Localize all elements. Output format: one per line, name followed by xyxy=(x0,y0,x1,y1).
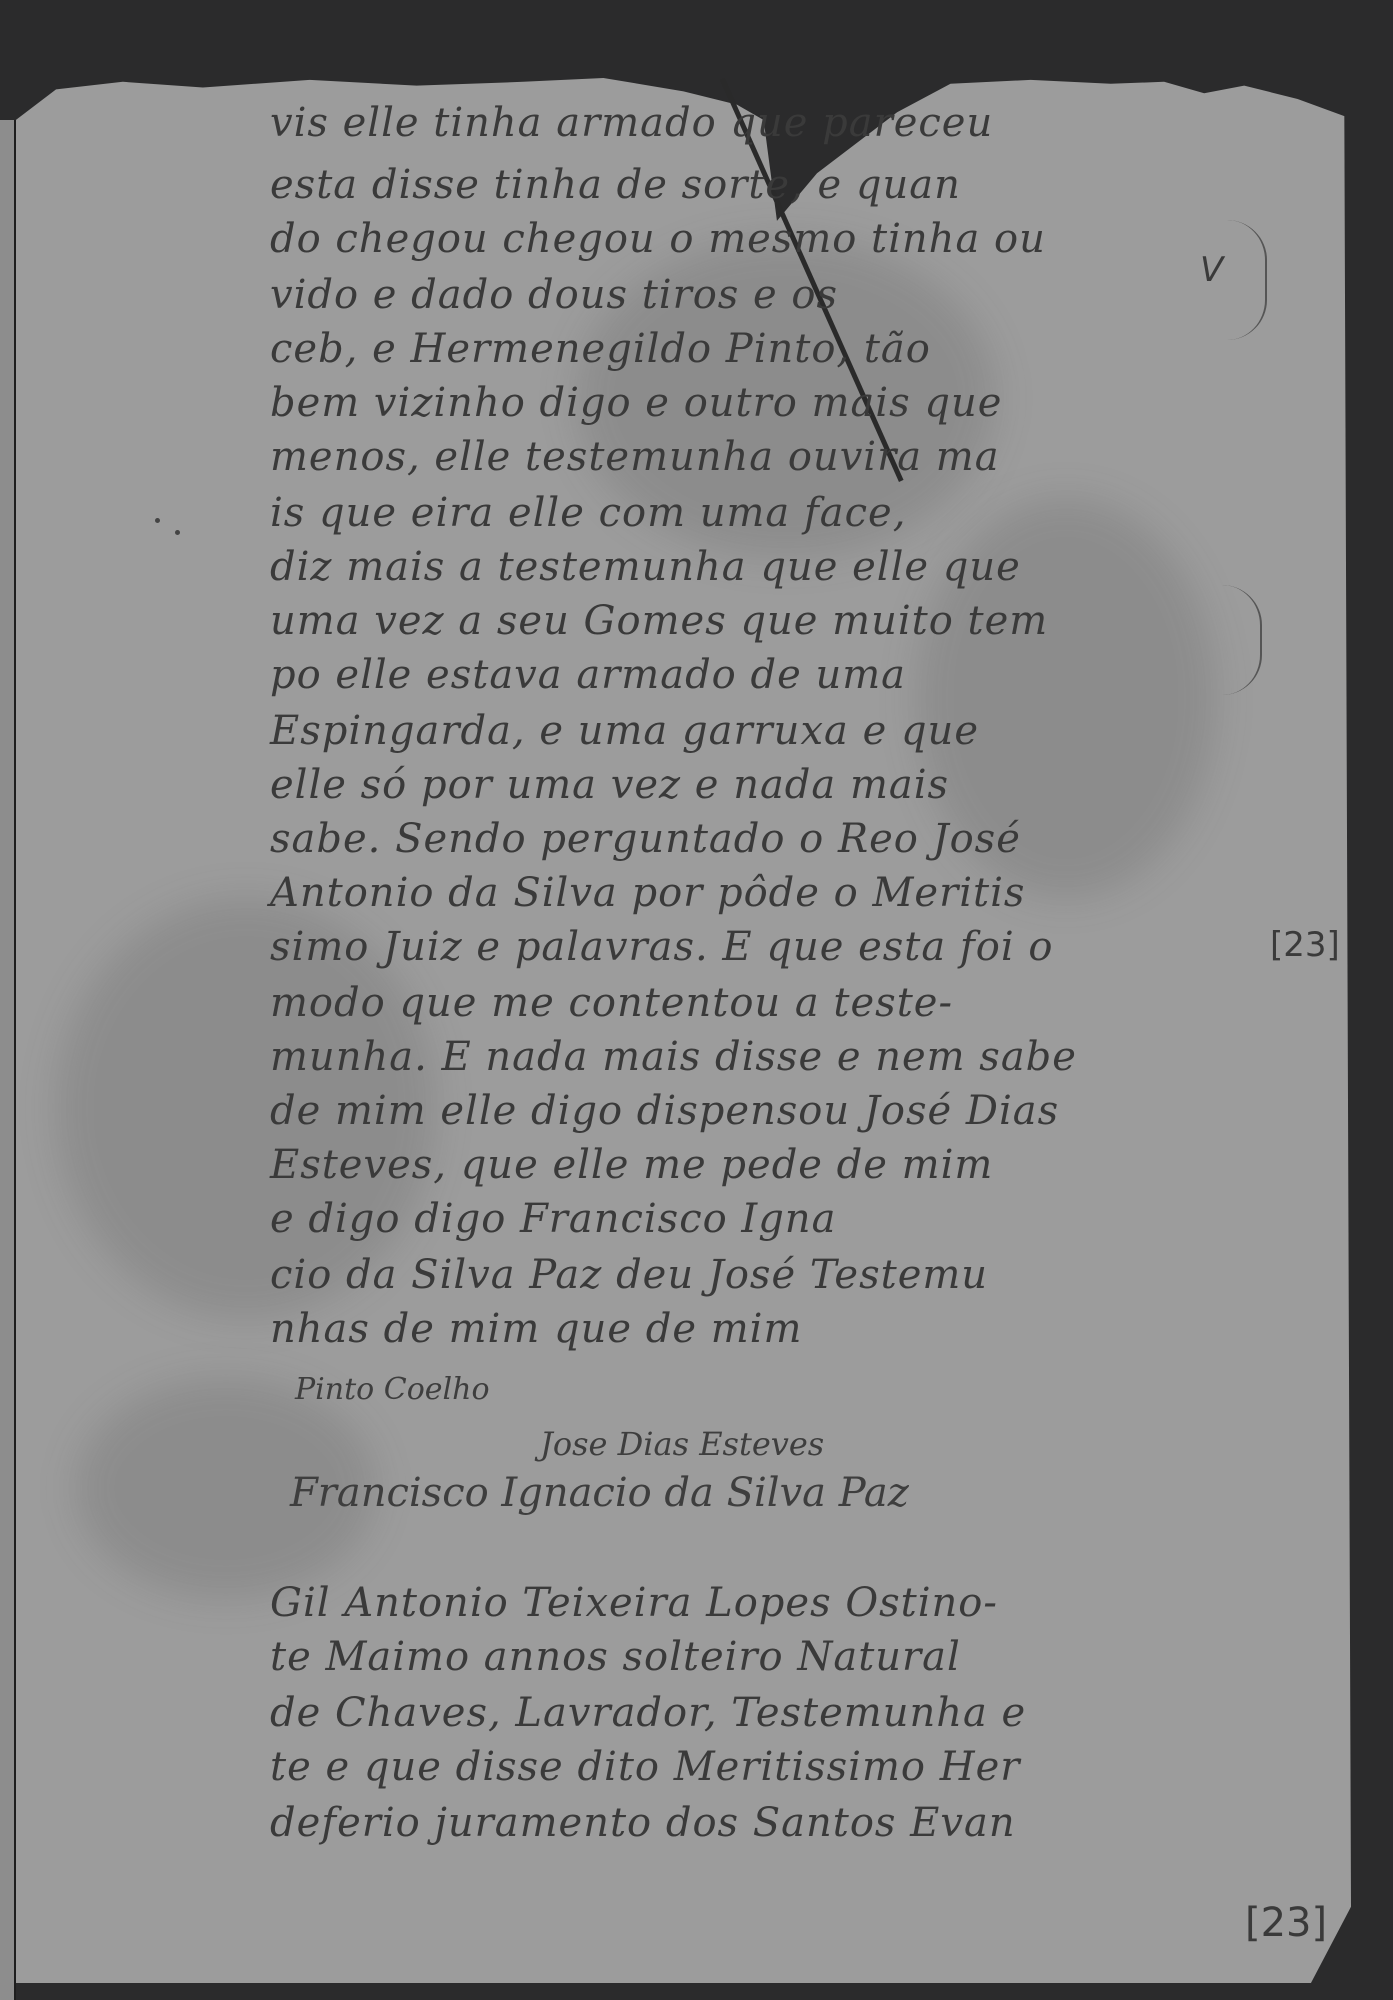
manuscript-line: simo Juiz e palavras. E que esta foi o xyxy=(270,924,1053,970)
manuscript-line: uma vez a seu Gomes que muito tem xyxy=(270,598,1048,644)
manuscript-line: menos, elle testemunha ouvira ma xyxy=(270,434,1000,480)
manuscript-line: po elle estava armado de uma xyxy=(270,652,906,698)
page-number-bottom: [23] xyxy=(1245,1900,1327,1946)
ink-dot xyxy=(155,518,160,523)
previous-page-edge xyxy=(0,120,16,2000)
manuscript-line: bem vizinho digo e outro mais que xyxy=(270,380,1002,426)
manuscript-line: Espingarda, e uma garruxa e que xyxy=(270,708,979,754)
manuscript-line: te e que disse dito Meritissimo Her xyxy=(270,1744,1020,1790)
manuscript-line: modo que me contentou a teste- xyxy=(270,980,953,1026)
manuscript-line: Esteves, que elle me pede de mim xyxy=(270,1142,993,1188)
page-number-right: [23] xyxy=(1270,925,1340,965)
manuscript-line: de Chaves, Lavrador, Testemunha e xyxy=(270,1690,1026,1736)
manuscript-line: Gil Antonio Teixeira Lopes Ostino- xyxy=(270,1580,998,1626)
manuscript-line: sabe. Sendo perguntado o Reo José xyxy=(270,816,1021,862)
manuscript-line: cio da Silva Paz deu José Testemu xyxy=(270,1252,988,1298)
ink-dot xyxy=(175,530,180,535)
manuscript-line: de mim elle digo dispensou José Dias xyxy=(270,1088,1059,1134)
manuscript-line: elle só por uma vez e nada mais xyxy=(270,762,949,808)
signature-jose-dias-esteves: Jose Dias Esteves xyxy=(540,1425,824,1463)
manuscript-line: te Maimo annos solteiro Natural xyxy=(270,1634,961,1680)
manuscript-line: do chegou chegou o mesmo tinha ou xyxy=(270,216,1046,262)
manuscript-line: is que eira elle com uma face, xyxy=(270,490,906,536)
signature-pinto-coelho: Pinto Coelho xyxy=(295,1372,490,1407)
manuscript-line: nhas de mim que de mim xyxy=(270,1306,802,1352)
manuscript-line: diz mais a testemunha que elle que xyxy=(270,544,1021,590)
manuscript-line: vis elle tinha armado que pareceu xyxy=(270,100,993,146)
manuscript-line: vido e dado dous tiros e os xyxy=(270,272,838,318)
manuscript-line: ceb, e Hermenegildo Pinto, tão xyxy=(270,326,931,372)
manuscript-line: deferio juramento dos Santos Evan xyxy=(270,1800,1016,1846)
manuscript-line: esta disse tinha de sorte, e quan xyxy=(270,162,961,208)
manuscript-line: Antonio da Silva por pôde o Meritis xyxy=(270,870,1025,916)
manuscript-line: e digo digo Francisco Igna xyxy=(270,1196,836,1242)
manuscript-line: munha. E nada mais disse e nem sabe xyxy=(270,1034,1077,1080)
signature-francisco-ignacio: Francisco Ignacio da Silva Paz xyxy=(290,1470,909,1516)
margin-v-mark: V xyxy=(1200,250,1223,290)
